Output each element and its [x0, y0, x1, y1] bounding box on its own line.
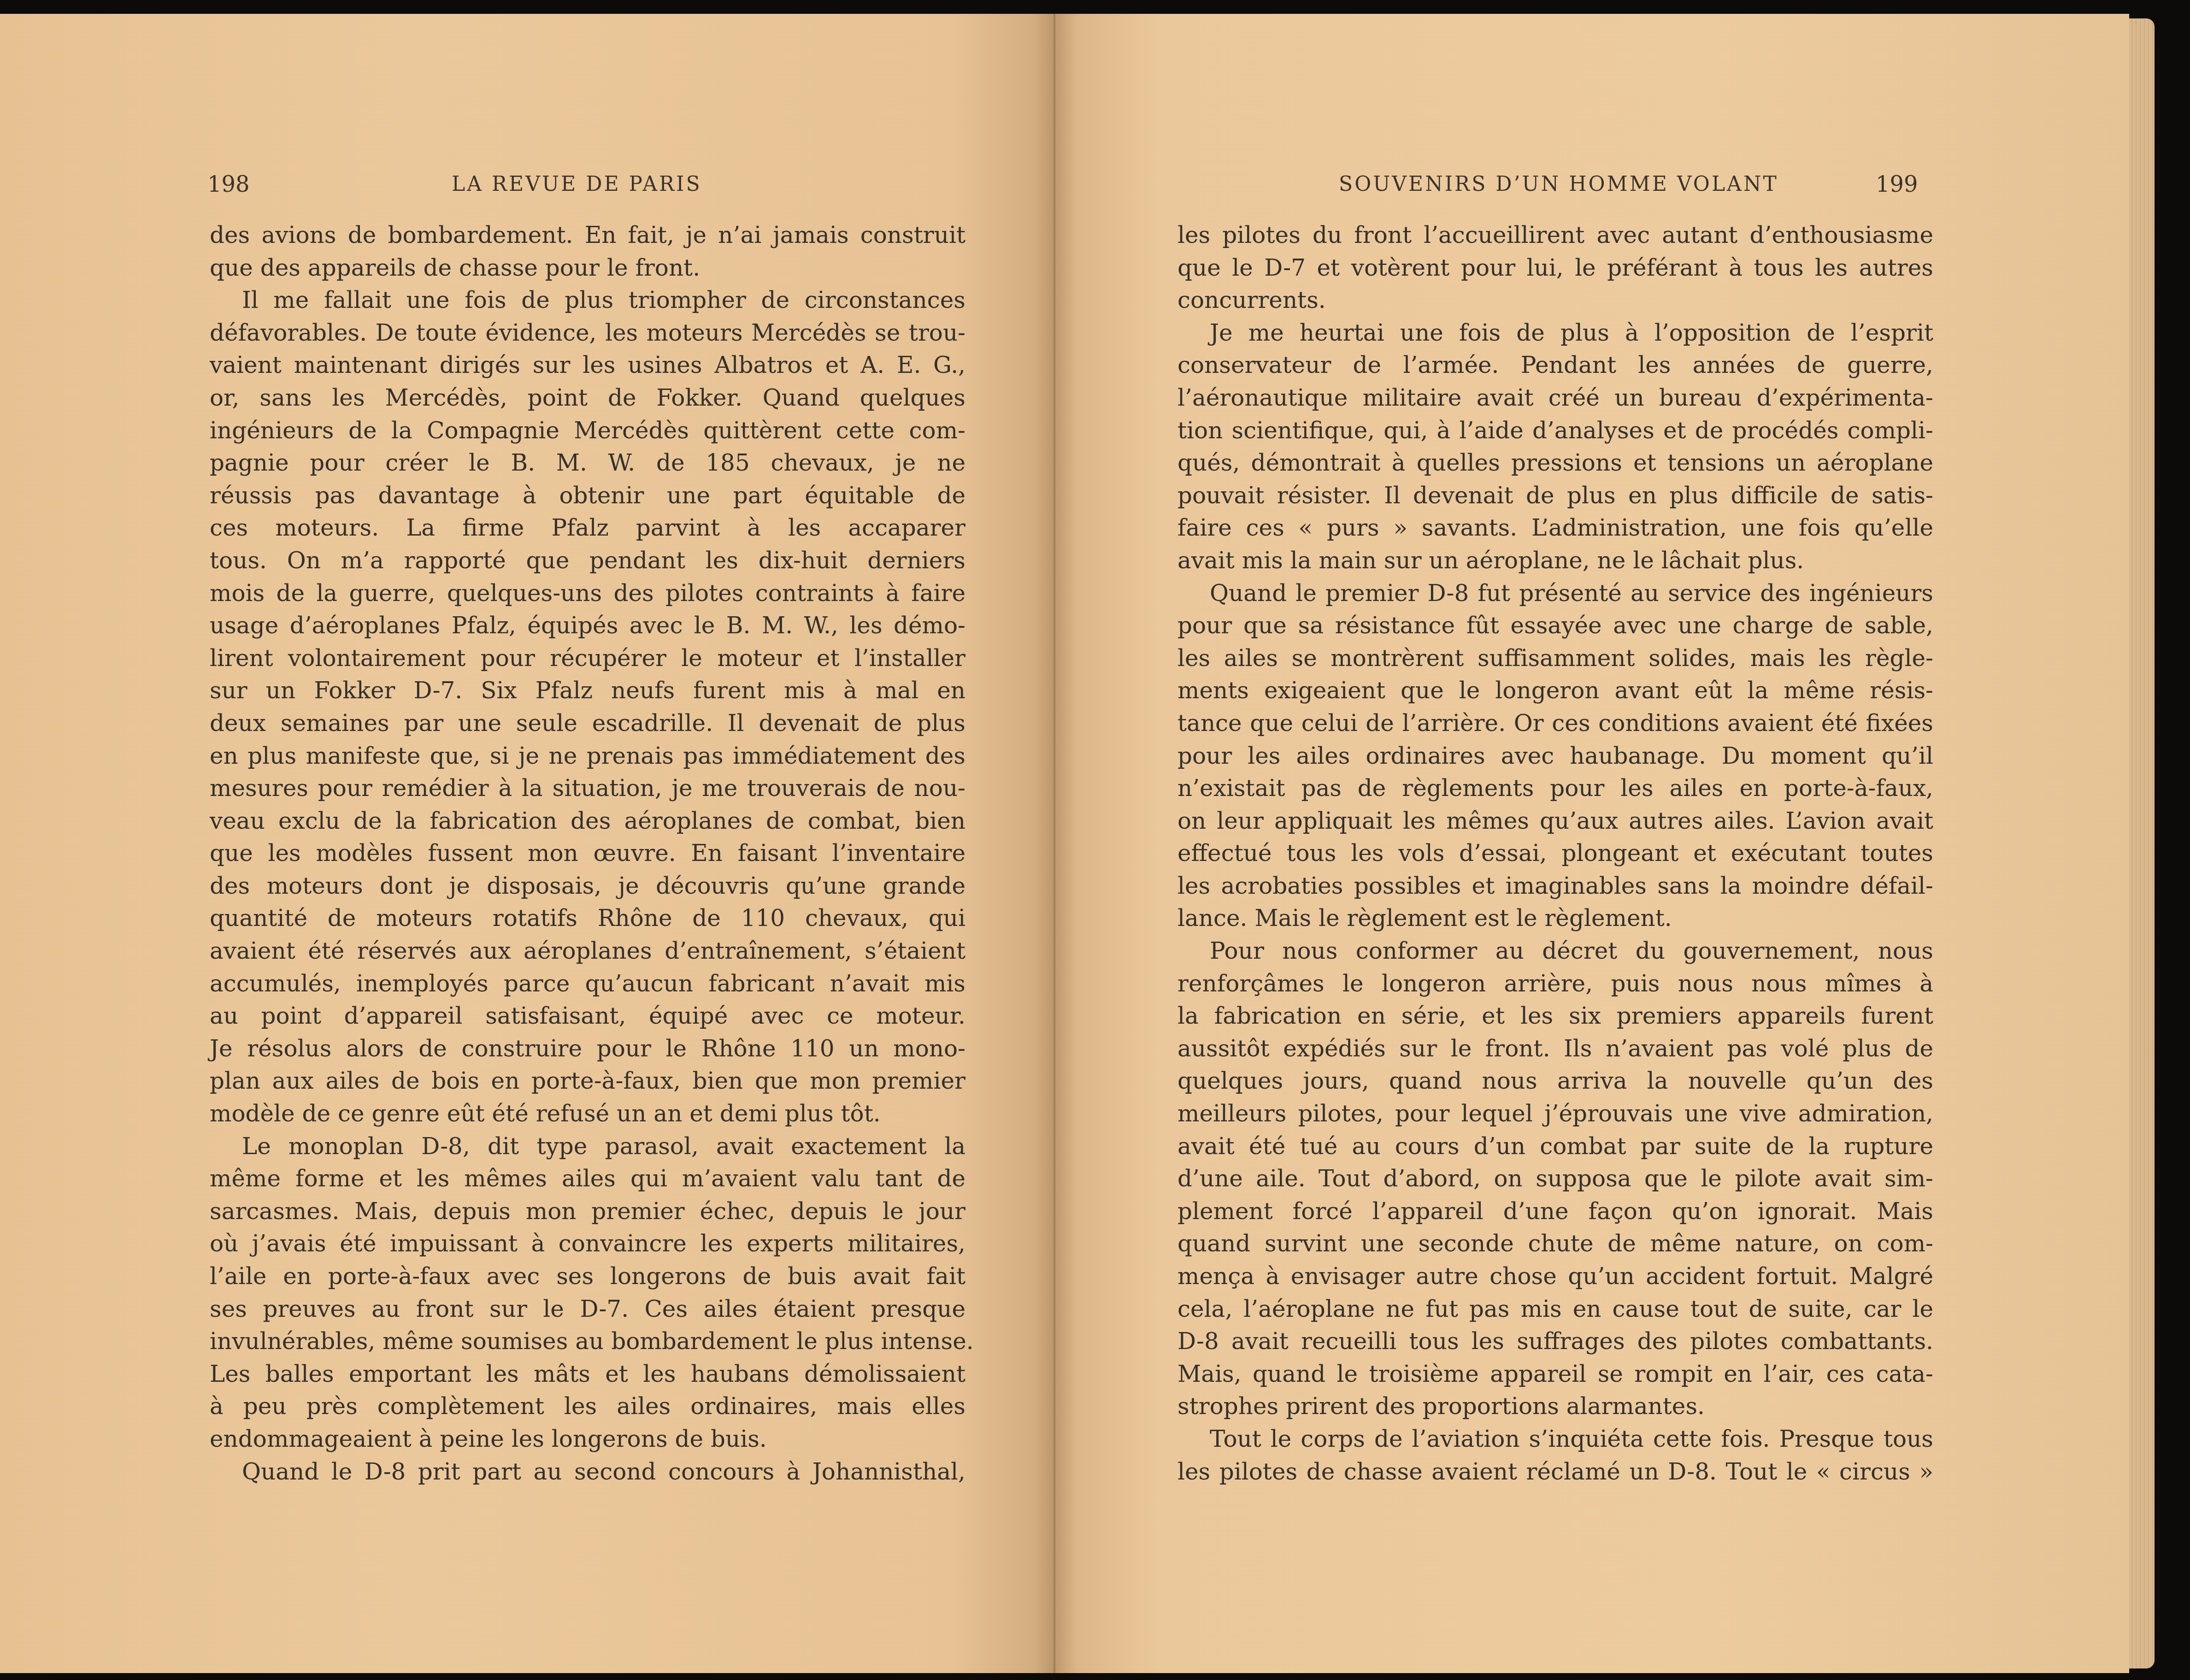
text-line: ingénieurs de la Compagnie Mercédès quit… — [210, 414, 965, 447]
running-head-right: SOUVENIRS D’UN HOMME VOLANT — [1339, 171, 1778, 198]
text-line: Quand le D-8 prit part au second concour… — [210, 1456, 965, 1488]
text-line: on leur appliquait les mêmes qu’aux autr… — [1177, 805, 1933, 837]
text-line: Tout le corps de l’aviation s’inquiéta c… — [1177, 1423, 1933, 1456]
text-line: plan aux ailes de bois en porte-à-faux, … — [210, 1065, 965, 1097]
text-line: renforçâmes le longeron arrière, puis no… — [1177, 967, 1933, 1000]
text-line: accumulés, inemployés parce qu’aucun fab… — [210, 967, 965, 1000]
text-line: aussitôt expédiés sur le front. Ils n’av… — [1177, 1032, 1933, 1065]
text-line: d’une aile. Tout d’abord, on supposa que… — [1177, 1162, 1933, 1195]
text-line: mois de la guerre, quelques-uns des pilo… — [210, 577, 965, 610]
text-line: n’existait pas de règlements pour les ai… — [1177, 772, 1933, 805]
text-line: Quand le premier D-8 fut présenté au ser… — [1177, 577, 1933, 610]
text-line: vaient maintenant dirigés sur les usines… — [210, 349, 965, 382]
text-line: strophes prirent des proportions alarman… — [1177, 1390, 1933, 1423]
right-page-text: les pilotes du front l’accueillirent ave… — [1177, 219, 1933, 1488]
text-line: Mais, quand le troisième appareil se rom… — [1177, 1358, 1933, 1391]
text-line: pagnie pour créer le B. M. W. de 185 che… — [210, 447, 965, 479]
text-line: des avions de bombardement. En fait, je … — [210, 219, 965, 252]
text-line: l’aile en porte-à-faux avec ses longeron… — [210, 1260, 965, 1293]
page-edges — [2129, 18, 2155, 1668]
text-line: sarcasmes. Mais, depuis mon premier éche… — [210, 1195, 965, 1228]
text-line: tous. On m’a rapporté que pendant les di… — [210, 544, 965, 577]
text-line: que des appareils de chasse pour le fron… — [210, 252, 965, 284]
right-page: SOUVENIRS D’UN HOMME VOLANT 199 les pilo… — [1055, 14, 2129, 1673]
text-line: veau exclu de la fabrication des aéropla… — [210, 805, 965, 837]
text-line: effectué tous les vols d’essai, plongean… — [1177, 837, 1933, 870]
left-page-text: des avions de bombardement. En fait, je … — [210, 219, 965, 1488]
text-line: Je me heurtai une fois de plus à l’oppos… — [1177, 317, 1933, 349]
text-line: Les balles emportant les mâts et les hau… — [210, 1358, 965, 1391]
text-line: qués, démontrait à quelles pressions et … — [1177, 447, 1933, 479]
text-line: lirent volontairement pour récupérer le … — [210, 642, 965, 675]
text-line: tion scientifique, qui, à l’aide d’analy… — [1177, 414, 1933, 447]
text-line: endommageaient à peine les longerons de … — [210, 1423, 965, 1456]
text-line: défavorables. De toute évidence, les mot… — [210, 317, 965, 349]
text-line: conservateur de l’armée. Pendant les ann… — [1177, 349, 1933, 382]
text-line: Le monoplan D-8, dit type parasol, avait… — [210, 1130, 965, 1163]
text-line: en plus manifeste que, si je ne prenais … — [210, 740, 965, 772]
text-line: deux semaines par une seule escadrille. … — [210, 707, 965, 740]
book-spread: 198 LA REVUE DE PARIS des avions de bomb… — [0, 14, 2148, 1673]
text-line: modèle de ce genre eût été refusé un an … — [210, 1097, 965, 1130]
text-line: l’aéronautique militaire avait créé un b… — [1177, 382, 1933, 414]
text-line: Il me fallait une fois de plus triompher… — [210, 284, 965, 317]
text-line: concurrents. — [1177, 284, 1933, 317]
text-line: ses preuves au front sur le D-7. Ces ail… — [210, 1293, 965, 1326]
text-line: les acrobaties possibles et imaginables … — [1177, 870, 1933, 902]
text-line: pour les ailes ordinaires avec haubanage… — [1177, 740, 1933, 772]
left-page: 198 LA REVUE DE PARIS des avions de bomb… — [0, 14, 1055, 1673]
text-line: D-8 avait recueilli tous les suffrages d… — [1177, 1325, 1933, 1358]
text-line: les pilotes du front l’accueillirent ave… — [1177, 219, 1933, 252]
text-line: à peu près complètement les ailes ordina… — [210, 1390, 965, 1423]
text-line: pour que sa résistance fût essayée avec … — [1177, 609, 1933, 642]
text-line: ces moteurs. La firme Pfalz parvint à le… — [210, 512, 965, 544]
text-line: tance que celui de l’arrière. Or ces con… — [1177, 707, 1933, 740]
text-line: lance. Mais le règlement est le règlemen… — [1177, 902, 1933, 935]
text-line: mesures pour remédier à la situation, je… — [210, 772, 965, 805]
text-line: des moteurs dont je disposais, je découv… — [210, 870, 965, 902]
text-line: ments exigeaient que le longeron avant e… — [1177, 674, 1933, 707]
text-line: avait mis la main sur un aéroplane, ne l… — [1177, 544, 1933, 577]
text-line: Je résolus alors de construire pour le R… — [210, 1032, 965, 1065]
text-line: usage d’aéroplanes Pfalz, équipés avec l… — [210, 609, 965, 642]
text-line: même forme et les mêmes ailes qui m’avai… — [210, 1162, 965, 1195]
text-line: avait été tué au cours d’un combat par s… — [1177, 1130, 1933, 1163]
text-line: mença à envisager autre chose qu’un acci… — [1177, 1260, 1933, 1293]
text-line: au point d’appareil satisfaisant, équipé… — [210, 1000, 965, 1032]
text-line: les ailes se montrèrent suffisamment sol… — [1177, 642, 1933, 675]
page-number-right: 199 — [1876, 171, 1918, 198]
text-line: la fabrication en série, et les six prem… — [1177, 1000, 1933, 1032]
text-line: que les modèles fussent mon œuvre. En fa… — [210, 837, 965, 870]
text-line: pouvait résister. Il devenait de plus en… — [1177, 479, 1933, 512]
text-line: avaient été réservés aux aéroplanes d’en… — [210, 935, 965, 967]
text-line: réussis pas davantage à obtenir une part… — [210, 479, 965, 512]
text-line: plement forcé l’appareil d’une façon qu’… — [1177, 1195, 1933, 1228]
text-line: faire ces « purs » savants. L’administra… — [1177, 512, 1933, 544]
text-line: or, sans les Mercédès, point de Fokker. … — [210, 382, 965, 414]
page-number-left: 198 — [207, 171, 250, 198]
text-line: meilleurs pilotes, pour lequel j’éprouva… — [1177, 1097, 1933, 1130]
text-line: les pilotes de chasse avaient réclamé un… — [1177, 1456, 1933, 1488]
text-line: que le D-7 et votèrent pour lui, le préf… — [1177, 252, 1933, 284]
text-line: sur un Fokker D-7. Six Pfalz neufs furen… — [210, 674, 965, 707]
text-line: quand survint une seconde chute de même … — [1177, 1227, 1933, 1260]
text-line: cela, l’aéroplane ne fut pas mis en caus… — [1177, 1293, 1933, 1326]
text-line: quelques jours, quand nous arriva la nou… — [1177, 1065, 1933, 1097]
text-line: invulnérables, même soumises au bombarde… — [210, 1325, 965, 1358]
running-head-left: LA REVUE DE PARIS — [452, 171, 702, 198]
text-line: où j’avais été impuissant à convaincre l… — [210, 1227, 965, 1260]
text-line: quantité de moteurs rotatifs Rhône de 11… — [210, 902, 965, 935]
text-line: Pour nous conformer au décret du gouvern… — [1177, 935, 1933, 967]
